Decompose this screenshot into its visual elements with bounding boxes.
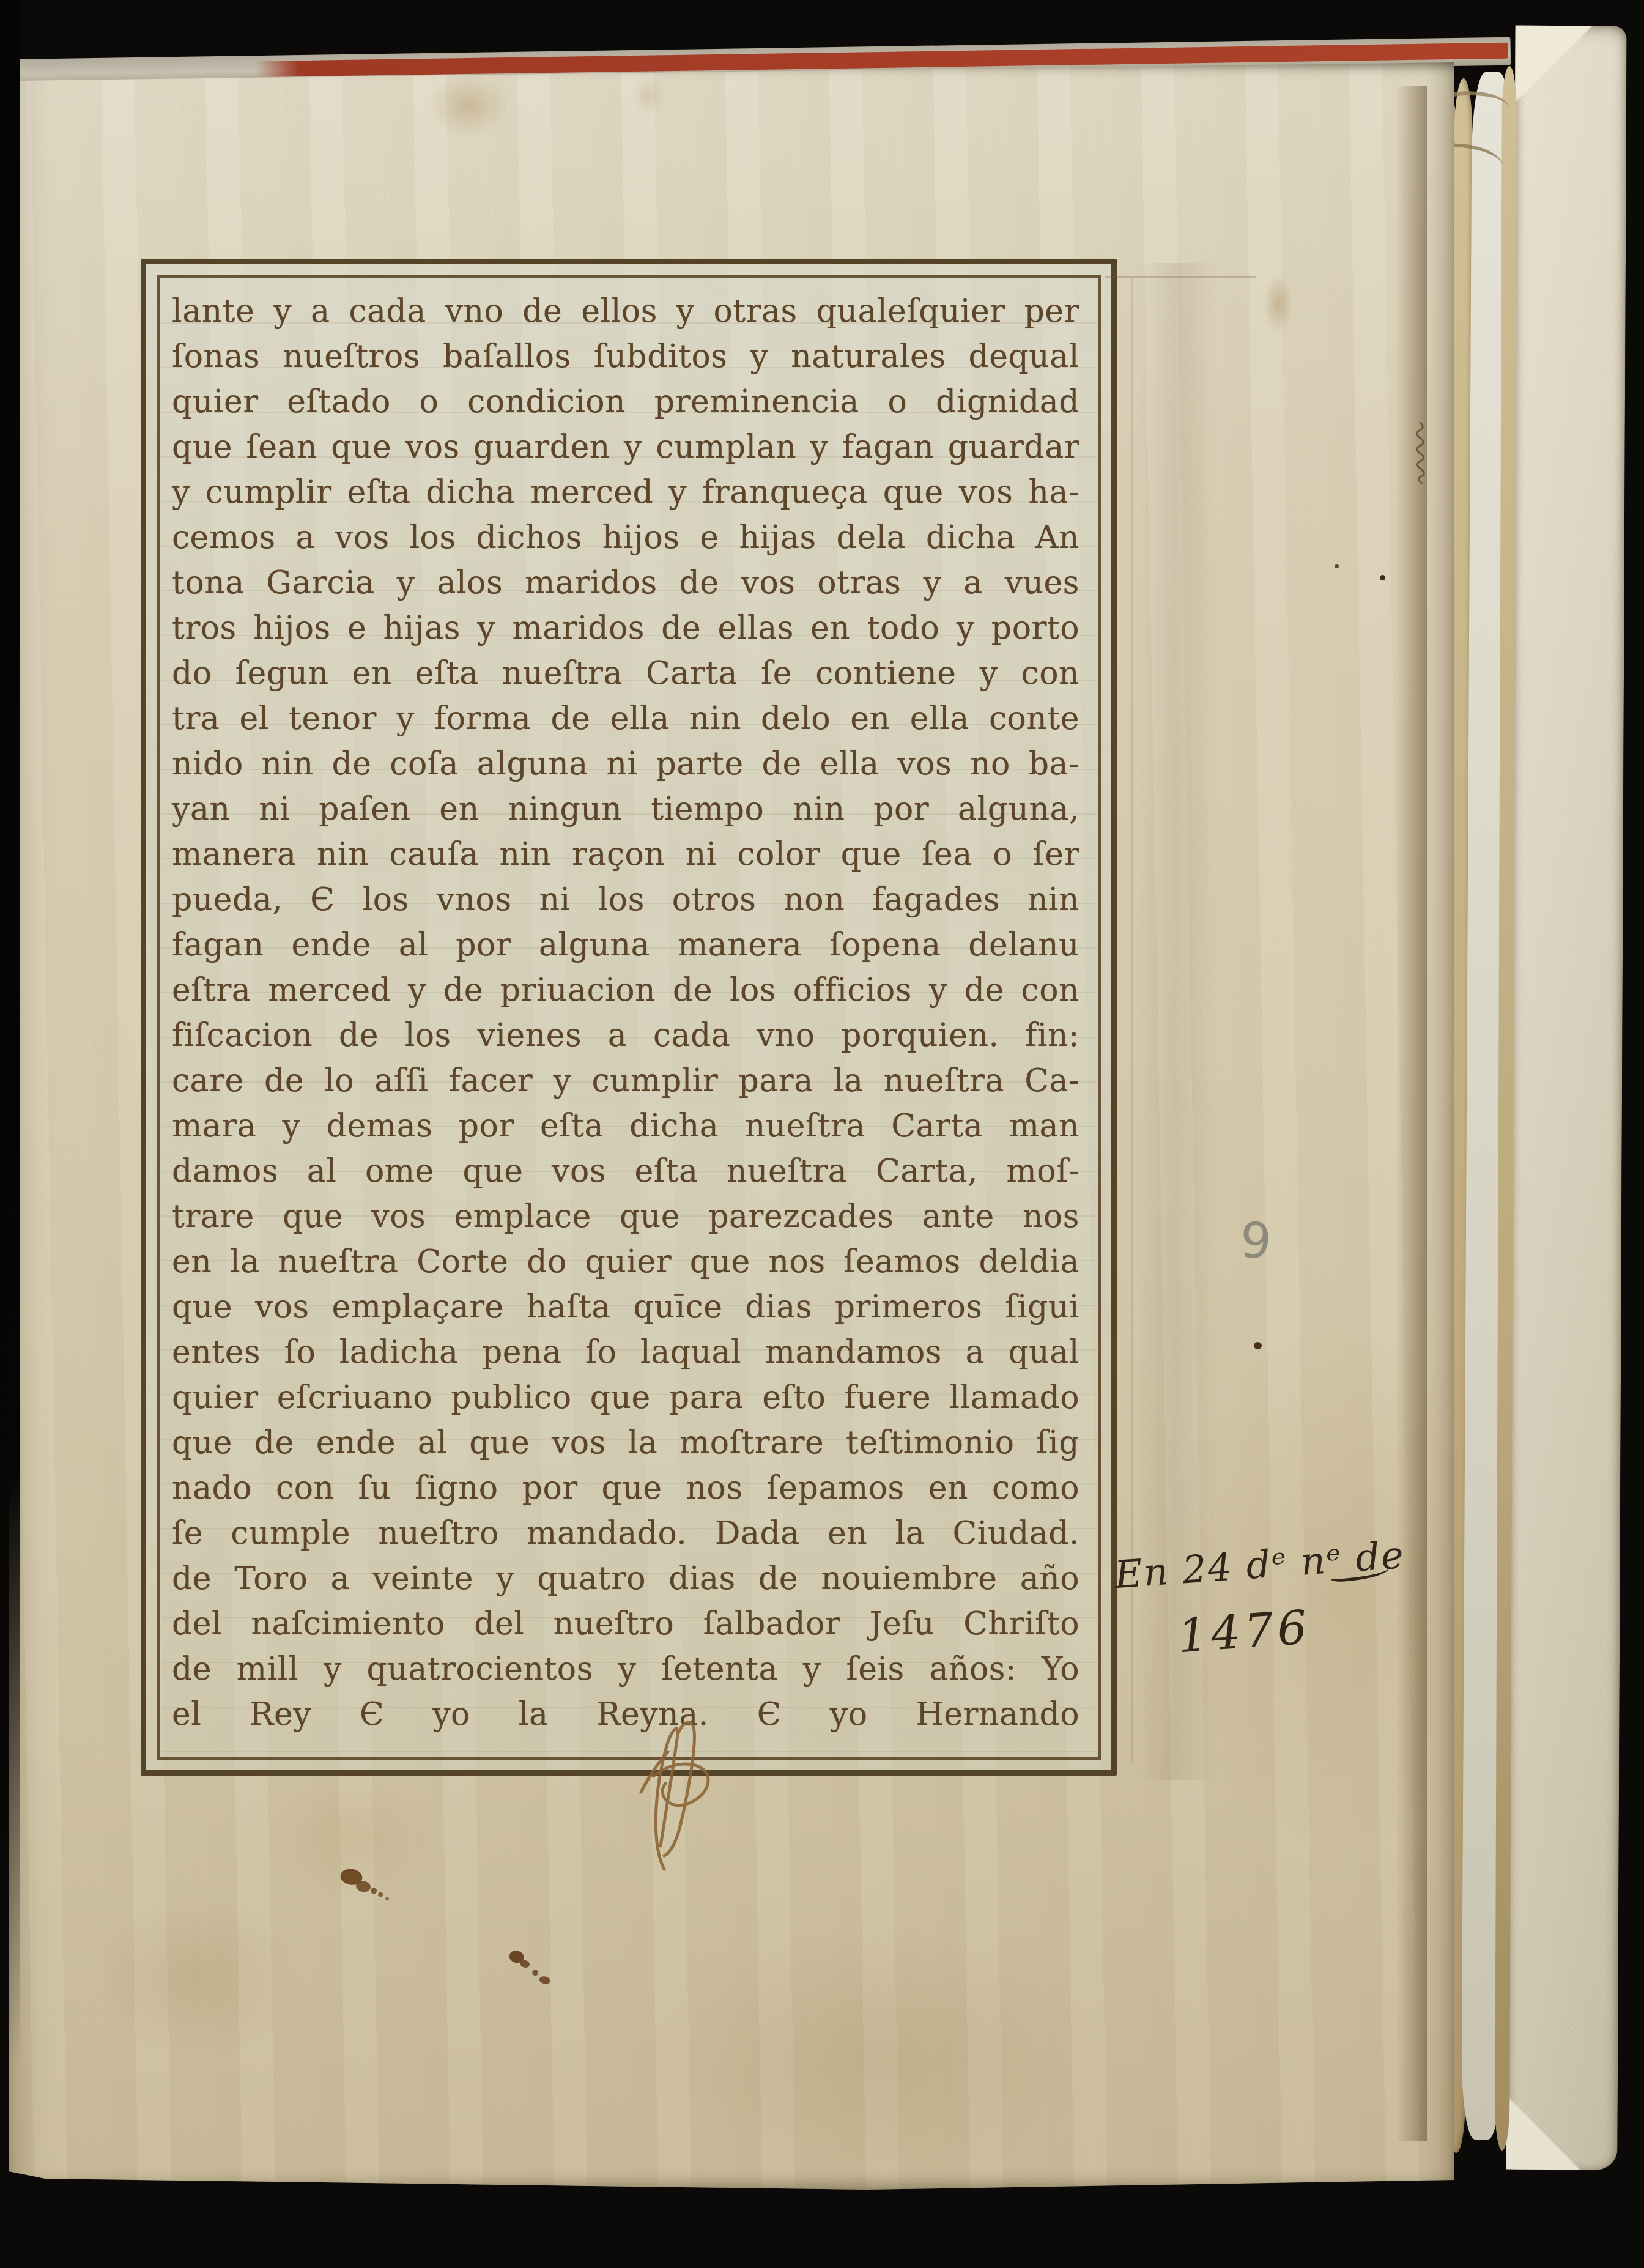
pencil-folio-number: 9	[1239, 1212, 1273, 1270]
manuscript-line: trare que vos emplace que parezcades ant…	[172, 1194, 1079, 1239]
ink-blot	[506, 1950, 580, 1993]
manuscript-line: del naſcimiento del nueſtro ſalbador Jeſ…	[172, 1601, 1079, 1647]
ink-dot	[1254, 1342, 1262, 1349]
manuscript-line: eſtra merced y de priuacion de los offic…	[172, 968, 1079, 1013]
notarial-rubric-flourish	[616, 1718, 739, 1877]
manuscript-line: quier eſtado o condicion preminencia o d…	[172, 379, 1079, 424]
ruling-line-extension	[1105, 276, 1256, 278]
manuscript-line: entes ſo ladicha pena ſo laqual mandamos…	[172, 1330, 1079, 1375]
manuscript-line: pueda, Є los vnos ni los otros non fagad…	[172, 877, 1079, 922]
manuscript-line: fagan ende al por alguna manera ſopena d…	[172, 922, 1079, 968]
manuscript-line: de mill y quatrocientos y ſetenta y ſeis…	[172, 1647, 1079, 1692]
manuscript-line: yan ni paſen en ningun tiempo nin por al…	[172, 787, 1079, 832]
ink-dot	[1380, 575, 1385, 580]
page-right-edge-fold	[1396, 86, 1427, 2141]
vellum-cover	[1506, 26, 1626, 2170]
manuscript-line: quier eſcriuano publico que para eſto fu…	[172, 1375, 1079, 1420]
manuscript-line: que vos emplaçare haſta quīce dias prime…	[172, 1284, 1079, 1330]
manuscript-line: mara y demas por eſta dicha nueſtra Cart…	[172, 1103, 1079, 1149]
manuscript-lines: lante y a cada vno de ellos y otras qual…	[172, 289, 1079, 1744]
left-edge-shadow	[0, 0, 20, 2104]
ink-dot	[1335, 564, 1339, 568]
manuscript-line: damos al ome que vos eſta nueſtra Carta,…	[172, 1149, 1079, 1194]
manuscript-line: fiſcacion de los vienes a cada vno porqu…	[172, 1013, 1079, 1058]
manuscript-line: tona Garcia y alos maridos de vos otras …	[172, 560, 1079, 606]
manuscript-line: do ſegun en eſta nueſtra Carta ſe contie…	[172, 651, 1079, 696]
manuscript-line: nado con ſu ſigno por que nos ſepamos en…	[172, 1466, 1079, 1511]
manuscript-line: de Toro a veinte y quatro dias de nouiem…	[172, 1556, 1079, 1601]
manuscript-line: que de ende al que vos la moſtrare teſti…	[172, 1420, 1079, 1466]
manuscript-line: lante y a cada vno de ellos y otras qual…	[172, 289, 1079, 334]
manuscript-line: tra el tenor y forma de ella nin delo en…	[172, 696, 1079, 741]
screenshot-root: { "manuscript": { "lines": [ "lante y a …	[0, 0, 1644, 2268]
manuscript-line: que ſean que vos guarden y cumplan y fag…	[172, 424, 1079, 470]
ink-blot	[338, 1867, 417, 1910]
manuscript-line: en la nueſtra Corte do quier que nos ſea…	[172, 1239, 1079, 1284]
manuscript-line: nido nin de coſa alguna ni parte de ella…	[172, 741, 1079, 787]
margin-ruling-line	[1131, 278, 1133, 1763]
manuscript-line: y cumplir eſta dicha merced y franqueça …	[172, 470, 1079, 515]
manuscript-line: ſonas nueſtros baſallos ſubditos y natur…	[172, 334, 1079, 379]
manuscript-line: manera nin cauſa nin raçon ni color que …	[172, 832, 1079, 877]
fore-edge-inscription-squiggle	[1404, 420, 1441, 493]
manuscript-line: care de lo aſſi facer y cumplir para la …	[172, 1058, 1079, 1103]
manuscript-line: tros hijos e hijas y maridos de ellas en…	[172, 606, 1079, 651]
margin-date-note: En 24 dᵉ nᵉ de 1476	[1113, 1533, 1402, 1667]
manuscript-line: cemos a vos los dichos hijos e hijas del…	[172, 515, 1079, 560]
manuscript-line: ſe cumple nueſtro mandado. Dada en la Ci…	[172, 1511, 1079, 1556]
